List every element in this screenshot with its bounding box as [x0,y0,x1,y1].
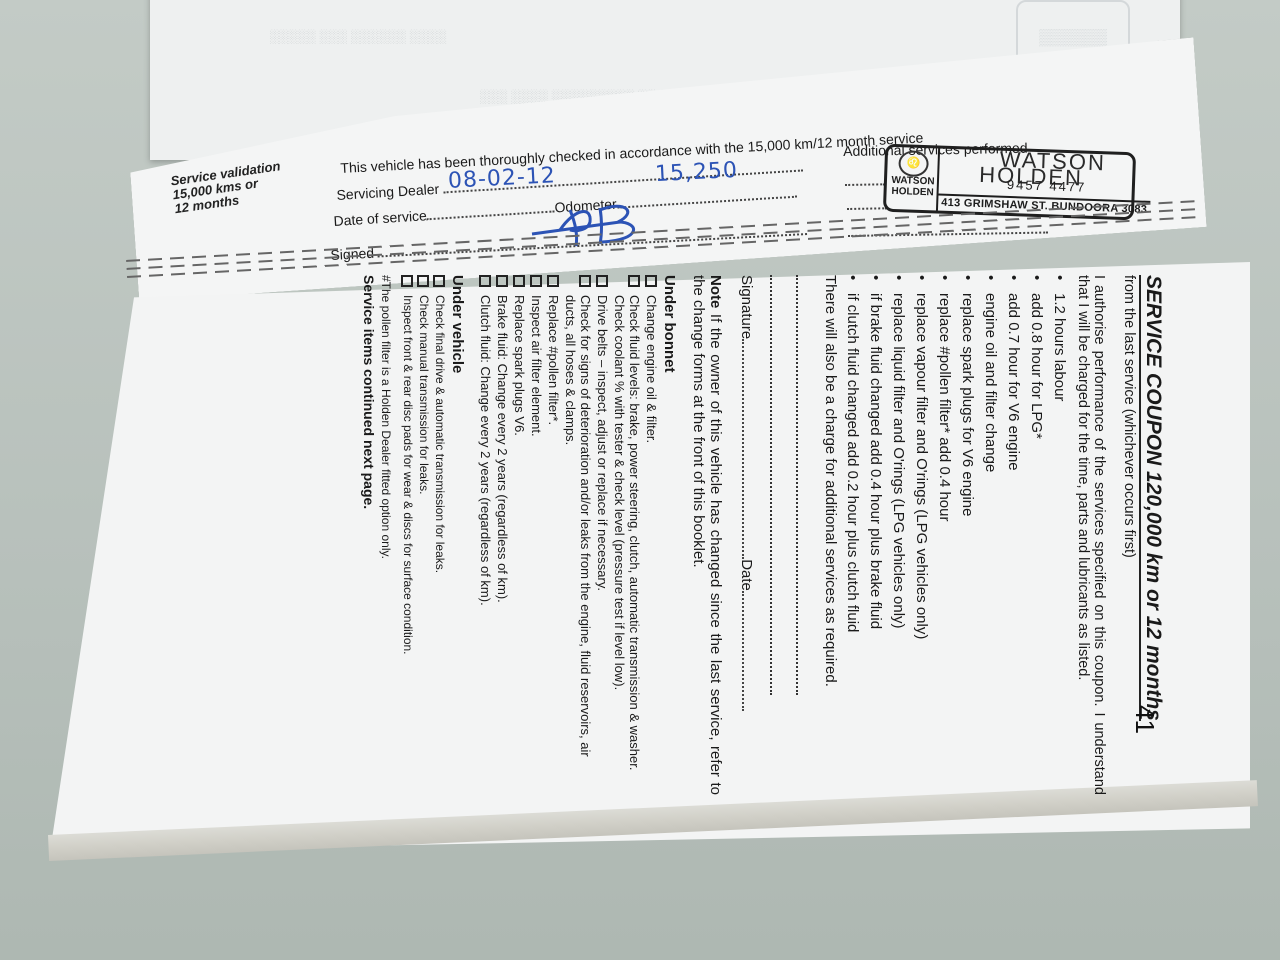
charge-item: if brake fluid changed add 0.4 hour plus… [864,275,887,795]
checkbox-icon[interactable] [579,275,591,287]
under-bonnet-heading: Under bonnet [661,275,678,795]
checklist-text: Clutch fluid: Change every 2 years (rega… [478,295,493,606]
checkbox-icon[interactable] [645,275,657,287]
page-number: 41 [1129,705,1160,734]
checkbox-icon[interactable] [628,275,640,287]
signature-label: Signature [738,275,755,339]
date-line[interactable] [742,591,756,711]
blank-line[interactable] [770,275,792,695]
charges-list: 1.2 hours labour add 0.8 hour for LPG* a… [841,275,1071,795]
coupon-title: SERVICE COUPON 120,000 km or 12 months [1139,275,1165,721]
signature-date-row[interactable]: SignatureDate [738,275,756,795]
checkbox-icon[interactable] [496,275,508,287]
checklist-text: Check manual transmission for leaks. [417,295,431,494]
signature-line[interactable] [742,339,756,559]
pollen-filter-footnote: #The pollen filter is a Holden Dealer fi… [379,275,393,795]
note-text: If the owner of this vehicle has changed… [690,275,724,795]
continued-next-page: Service items continued next page. [361,275,377,795]
checkbox-icon[interactable] [417,275,429,287]
charge-item: if clutch fluid changed add 0.2 hour plu… [841,275,864,795]
holden-lion-icon: ♌ [898,150,929,177]
checkbox-icon[interactable] [547,275,559,287]
checklist-text: Check for signs of deterioration and/or … [563,295,593,757]
odometer-value-handwritten: 15,250 [654,158,738,187]
checklist-text: Check final drive & automatic transmissi… [433,295,447,573]
note-label: Note [707,275,724,308]
checklist-item[interactable]: Check manual transmission for leaks. [417,275,431,795]
charge-item: add 0.8 hour for LPG* [1025,275,1048,795]
checklist-item[interactable]: Inspect front & rear disc pads for wear … [401,275,415,795]
checklist-text: Replace spark plugs V6. [512,295,527,436]
charge-item: 1.2 hours labour [1048,275,1071,795]
checklist-item[interactable]: Brake fluid: Change every 2 years (regar… [495,275,510,795]
checkbox-icon[interactable] [433,275,445,287]
checklist-text: Change engine oil & filter. [644,295,659,443]
checklist-item[interactable]: Drive belts – inspect, adjust or replace… [595,275,610,795]
checklist-text: Drive belts – inspect, adjust or replace… [595,295,610,591]
additional-services-line[interactable] [845,171,885,189]
checkbox-icon[interactable] [401,275,413,287]
checklist-item[interactable]: Replace #pollen filter*. [546,275,561,795]
checklist-item[interactable]: Replace spark plugs V6. [512,275,527,795]
charge-item: add 0.7 hour for V6 engine [1002,275,1025,795]
dotted-line [845,171,885,186]
checklist-item[interactable]: Change engine oil & filter. [644,275,659,795]
charge-item: replace liquid filter and O'rings (LPG v… [887,275,910,795]
authorisation-text: I authorise performance of the services … [1075,275,1107,795]
under-vehicle-heading: Under vehicle [449,275,466,795]
checklist-item[interactable]: Check for signs of deterioration and/or … [563,275,593,795]
charge-item: engine oil and filter change [979,275,1002,795]
additional-charge-note: There will also be a charge for addition… [822,275,839,795]
service-coupon: SERVICE COUPON 120,000 km or 12 months f… [115,275,1165,795]
checkbox-icon[interactable] [513,275,525,287]
charge-item: replace spark plugs for V6 engine [956,275,979,795]
date-label: Date [738,559,755,591]
owner-change-note: Note If the owner of this vehicle has ch… [690,275,724,795]
checklist-item[interactable]: Check final drive & automatic transmissi… [433,275,447,795]
checklist-item[interactable]: Inspect air filter element. [529,275,544,795]
checklist-item[interactable]: Check fluid levels: brake, power steerin… [612,275,642,795]
ghost-print: ░░░░ ░░░░░░ ░░░ ░░░░░ [270,30,447,45]
checklist-text: Check fluid levels: brake, power steerin… [612,295,642,770]
checklist-text: Inspect front & rear disc pads for wear … [401,295,415,655]
checklist-text: Brake fluid: Change every 2 years (regar… [495,295,510,603]
blank-line[interactable] [796,275,818,695]
checklist-item[interactable]: Clutch fluid: Change every 2 years (rega… [478,275,493,795]
charge-item: replace vapour filter and O'rings (LPG v… [910,275,933,795]
checklist-text: Inspect air filter element. [529,295,544,437]
under-bonnet-checklist: Change engine oil & filter. Check fluid … [478,275,659,795]
checkbox-icon[interactable] [530,275,542,287]
checklist-text: Replace #pollen filter*. [546,295,561,425]
checkbox-icon[interactable] [479,275,491,287]
charge-item: replace #pollen filter* add 0.4 hour [933,275,956,795]
checkbox-icon[interactable] [596,275,608,287]
under-vehicle-checklist: Check final drive & automatic transmissi… [401,275,447,795]
